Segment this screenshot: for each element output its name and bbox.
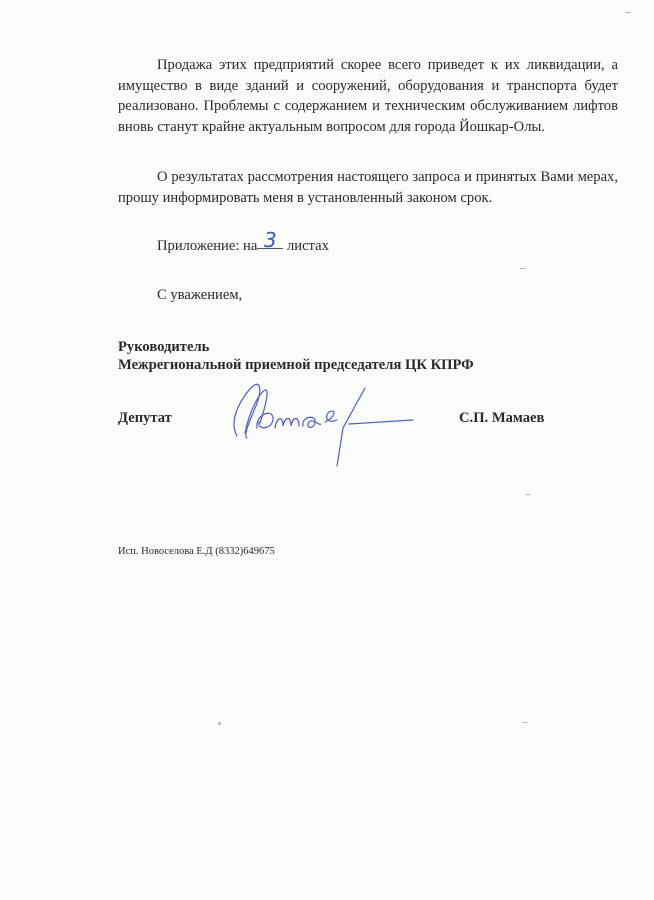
signatory-name: С.П. Мамаев	[459, 410, 544, 427]
closing-salutation: С уважением,	[157, 287, 242, 304]
attachment-page-count: 3	[257, 232, 283, 249]
scan-artifact	[625, 12, 631, 13]
scan-artifact	[218, 722, 221, 725]
handwritten-signature	[225, 378, 425, 473]
scan-artifact	[525, 494, 531, 495]
executor-contact: Исп. Новоселова Е.Д (8332)649675	[118, 546, 275, 557]
attachment-line: Приложение: на3 листах	[157, 235, 329, 255]
scan-artifact	[520, 268, 526, 269]
signatory-title-1: Руководитель	[118, 339, 209, 356]
signatory-position: Депутат	[118, 410, 172, 427]
scan-artifact	[522, 722, 528, 723]
attachment-prefix: Приложение: на	[157, 238, 257, 254]
signatory-title-2: Межрегиональной приемной председателя ЦК…	[118, 357, 474, 374]
attachment-suffix: листах	[283, 238, 329, 254]
paragraph-request-response: О результатах рассмотрения настоящего за…	[118, 167, 618, 208]
paragraph-sale-consequences: Продажа этих предприятий скорее всего пр…	[118, 55, 618, 137]
